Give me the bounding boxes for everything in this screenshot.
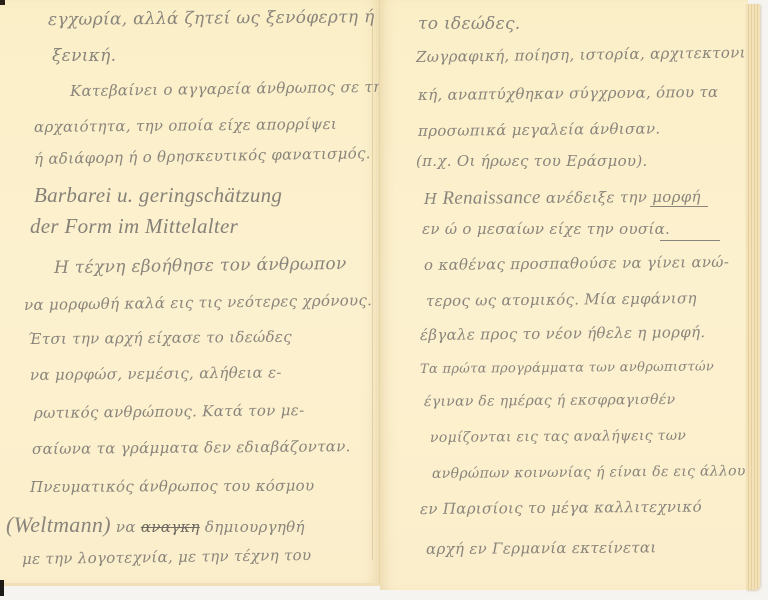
left-line-2: ξενική. xyxy=(52,46,116,66)
scan-corner-mark xyxy=(0,0,5,5)
right-line-15: εν Παρισίοις το μέγα καλλιτεχνικό xyxy=(420,498,702,518)
left-line-14: Πνευματικός άνθρωπος του κόσμου xyxy=(30,477,314,496)
right-line-16: αρχή εν Γερμανία εκτείνεται xyxy=(426,538,657,558)
right-line-11: Τα πρώτα προγράμματα των ανθρωπιστών xyxy=(420,359,714,377)
right-line-13: νομίζονται εις τας αναλήψεις των xyxy=(430,428,686,446)
left-line-16: με την λογοτεχνία, με την τέχνη του xyxy=(22,546,312,568)
right-line-5: (π.χ. Οι ήρωες του Εράσμου). xyxy=(416,152,648,170)
right-line-3: κή, αναπτύχθηκαν σύγχρονα, όπου τα xyxy=(418,83,719,104)
page-edges xyxy=(746,4,760,590)
left-line-11: να μορφώσ, νεμέσις, αλήθεια ε- xyxy=(30,363,282,384)
left-line-5: ή αδιάφορη ή ο θρησκευτικός φανατισμός. xyxy=(34,144,371,168)
left-line-12: ρωτικός ανθρώπους. Κατά τον με- xyxy=(34,401,305,422)
left-line-10: Έτσι την αρχή είχασε το ιδεώδες xyxy=(28,328,292,348)
left-line-4: αρχαιότητα, την οποία είχε απορρίψει xyxy=(34,115,337,136)
left-line-8: Η τέχνη εβοήθησε τον άνθρωπον xyxy=(54,254,347,278)
left-line-1: εγχωρία, αλλά ζητεί ως ξενόφερτη ή xyxy=(48,7,375,30)
word-i: Η xyxy=(424,190,443,208)
rest-of-line: ανέδειξε την μορφή xyxy=(541,188,701,207)
word-dimiourgithi: δημιουργηθή xyxy=(205,518,305,536)
notebook-spread: εγχωρία, αλλά ζητεί ως ξενόφερτη ή ξενικ… xyxy=(0,0,768,600)
right-line-1: το ιδεώδες. xyxy=(418,14,521,34)
left-page: εγχωρία, αλλά ζητεί ως ξενόφερτη ή ξενικ… xyxy=(0,0,380,586)
left-line-3: Κατεβαίνει ο αγγαρεία άνθρωπος σε τη xyxy=(70,78,380,100)
left-line-13: σαίωνα τα γράμματα δεν εδιαβάζονταν. xyxy=(32,437,351,458)
right-line-7: εν ώ ο μεσαίων είχε την ουσία. xyxy=(422,220,670,238)
right-page: το ιδεώδες. Ζωγραφική, ποίηση, ιστορία, … xyxy=(380,0,748,590)
left-line-german-2: der Form im Mittelalter xyxy=(30,214,238,239)
weltmann-term: (Weltmann) xyxy=(6,512,111,537)
page-gutter-shadow xyxy=(372,20,373,560)
underline-mark xyxy=(660,240,720,241)
right-line-14: ανθρώπων κοινωνίας ή είναι δε εις άλλους xyxy=(432,463,748,482)
left-line-15: (Weltmann) να αναγκη δημιουργηθή xyxy=(6,512,305,538)
left-line-german-1: Barbarei u. geringschätzung xyxy=(34,183,282,208)
overline-mark xyxy=(650,206,708,207)
right-line-9: τερος ως ατομικός. Μία εμφάνιση xyxy=(426,289,697,310)
right-line-4: προσωπικά μεγαλεία άνθισαν. xyxy=(418,119,661,140)
right-line-8: ο καθένας προσπαθούσε να γίνει ανώ- xyxy=(424,253,729,274)
struck-out-word: αναγκη xyxy=(141,518,200,536)
renaissance-term: Renaissance xyxy=(442,187,540,209)
scan-bottom-mark xyxy=(0,580,4,596)
left-line-9: να μορφωθή καλά εις τις νεότερες χρόνους… xyxy=(24,291,372,314)
word-na: να xyxy=(116,518,141,536)
right-line-10: έβγαλε προς το νέον ήθελε η μορφή. xyxy=(420,323,706,344)
right-line-12: έγιναν δε ημέρας ή εκσφραγισθέν xyxy=(424,392,676,410)
right-line-2: Ζωγραφική, ποίηση, ιστορία, αρχιτεκτονι- xyxy=(416,43,748,66)
